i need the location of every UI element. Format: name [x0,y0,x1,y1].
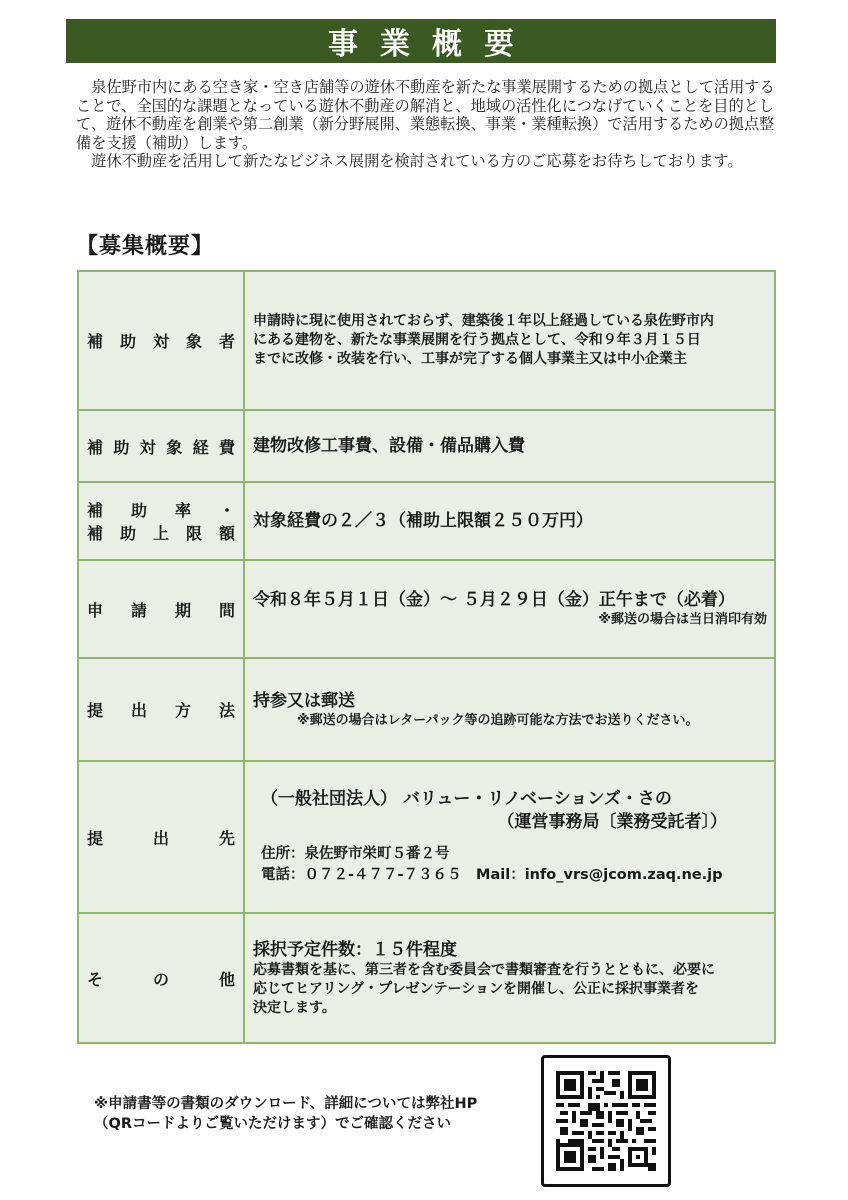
value-main: 令和８年５月１日（金）～ ５月２９日（金）正午まで（必着） [253,589,767,611]
contact: 電話：０７２-４７７-７３６５ Mail：info_vrs@jcom.zaq.n… [253,865,767,886]
value-line: にある建物を、新たな事業展開を行う拠点として、令和９年３月１５日 [253,331,767,350]
intro-paragraph: 遊休不動産を活用して新たなビジネス展開を検討されている方のご応募をお待ちしており… [76,152,776,171]
value-line: 応募書類を基に、第三者を含む委員会で書類審査を行うとともに、必要に [253,961,767,980]
row-value: 持参又は郵送 ※郵送の場合はレターパック等の追跡可能な方法でお送りください。 [244,658,775,761]
row-value: 申請時に現に使用されておらず、建築後１年以上経過している泉佐野市内 にある建物を… [244,271,775,410]
value-main: 採択予定件数：１５件程度 [253,939,767,961]
row-label: 提出先 [78,761,244,913]
row-value: 対象経費の２／３（補助上限額２５０万円） [244,482,775,560]
value-line: 申請時に現に使用されておらず、建築後１年以上経過している泉佐野市内 [253,312,767,331]
page-banner: 事業概要 [66,19,776,63]
table-row: 提出先 （一般社団法人） バリュー・リノベーションズ・さの （運営事務局〔業務受… [78,761,775,913]
table-row: 補助対象経費 建物改修工事費、設備・備品購入費 [78,410,775,482]
row-label: 提出方法 [78,658,244,761]
org-name: （一般社団法人） バリュー・リノベーションズ・さの [253,788,767,811]
table-row: その他 採択予定件数：１５件程度 応募書類を基に、第三者を含む委員会で書類審査を… [78,913,775,1043]
value-line: 応じてヒアリング・プレゼンテーションを開催し、公正に採択事業者を [253,980,767,999]
summary-table: 補助対象者 申請時に現に使用されておらず、建築後１年以上経過している泉佐野市内 … [77,270,776,1044]
banner-title: 事業概要 [306,19,536,63]
row-label: 補助対象者 [78,271,244,410]
section-title: 【募集概要】 [76,229,214,260]
org-role: （運営事務局〔業務受託者〕） [253,811,767,834]
table-row: 提出方法 持参又は郵送 ※郵送の場合はレターパック等の追跡可能な方法でお送りくだ… [78,658,775,761]
row-label: 補助率・ 補助上限額 [78,482,244,560]
row-value: （一般社団法人） バリュー・リノベーションズ・さの （運営事務局〔業務受託者〕）… [244,761,775,913]
value-main: 対象経費の２／３（補助上限額２５０万円） [253,510,767,532]
label-line: 補助上限額 [87,521,237,544]
value-main: 持参又は郵送 [253,690,767,712]
footer-line: ※申請書等の書類のダウンロード、詳細については弊社HP [94,1094,477,1114]
table-row: 申請期間 令和８年５月１日（金）～ ５月２９日（金）正午まで（必着） ※郵送の場… [78,560,775,658]
row-value: 令和８年５月１日（金）～ ５月２９日（金）正午まで（必着） ※郵送の場合は当日消… [244,560,775,658]
footer-line: （QRコードよりご覧いただけます）でご確認ください [94,1114,477,1134]
qr-code[interactable] [541,1055,671,1187]
table-row: 補助率・ 補助上限額 対象経費の２／３（補助上限額２５０万円） [78,482,775,560]
table-row: 補助対象者 申請時に現に使用されておらず、建築後１年以上経過している泉佐野市内 … [78,271,775,410]
footer-note: ※申請書等の書類のダウンロード、詳細については弊社HP （QRコードよりご覧いた… [94,1094,477,1134]
qr-code-icon [556,1071,656,1171]
value-main: 建物改修工事費、設備・備品購入費 [253,435,767,457]
value-note: ※郵送の場合は当日消印有効 [253,611,767,629]
label-line: 補助率・ [87,498,237,521]
intro-text: 泉佐野市内にある空き家・空き店舗等の遊休不動産を新たな事業展開するための拠点とし… [76,78,776,171]
value-line: までに改修・改装を行い、工事が完了する個人事業主又は中小企業主 [253,350,767,369]
row-label: 補助対象経費 [78,410,244,482]
row-label: 申請期間 [78,560,244,658]
row-value: 採択予定件数：１５件程度 応募書類を基に、第三者を含む委員会で書類審査を行うとと… [244,913,775,1043]
row-label: その他 [78,913,244,1043]
address: 住所：泉佐野市栄町５番２号 [253,844,767,865]
intro-paragraph: 泉佐野市内にある空き家・空き店舗等の遊休不動産を新たな事業展開するための拠点とし… [76,78,776,152]
value-note: ※郵送の場合はレターパック等の追跡可能な方法でお送りください。 [253,712,767,730]
value-line: 決定します。 [253,999,767,1018]
row-value: 建物改修工事費、設備・備品購入費 [244,410,775,482]
